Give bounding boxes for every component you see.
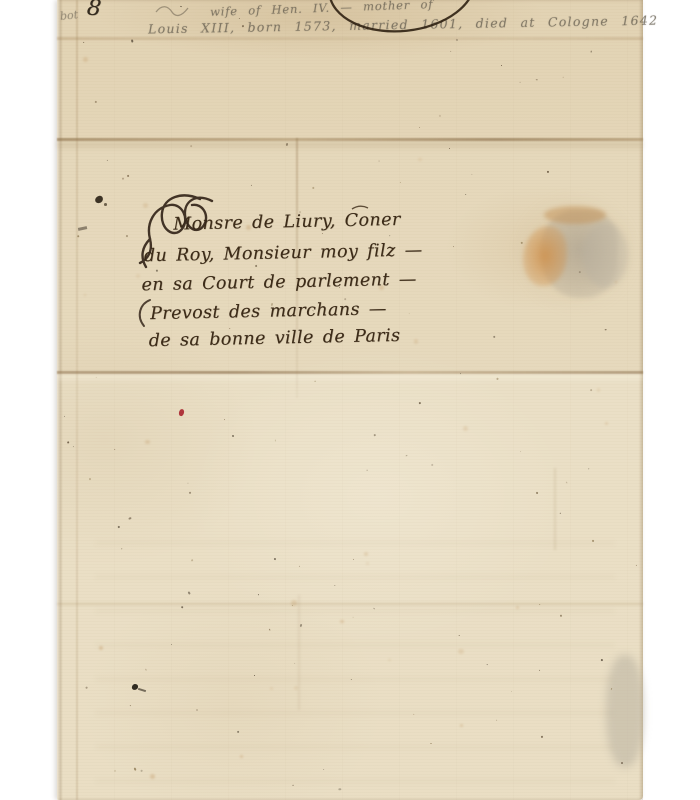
address-line-2: du Roy, Monsieur moy filz —	[144, 240, 423, 266]
address-block: Monsre de Liury, Coner du Roy, Monsieur …	[0, 0, 700, 800]
address-line-1: Monsre de Liury, Coner	[173, 210, 401, 235]
address-line-3: en sa Court de parlement —	[141, 270, 416, 296]
address-line-5: de sa bonne ville de Paris	[149, 326, 401, 351]
scanned-manuscript-page: 8 bot wife of Hen. IV. — mother of Louis…	[0, 0, 700, 800]
address-line-4: Prevost des marchans —	[150, 299, 387, 324]
